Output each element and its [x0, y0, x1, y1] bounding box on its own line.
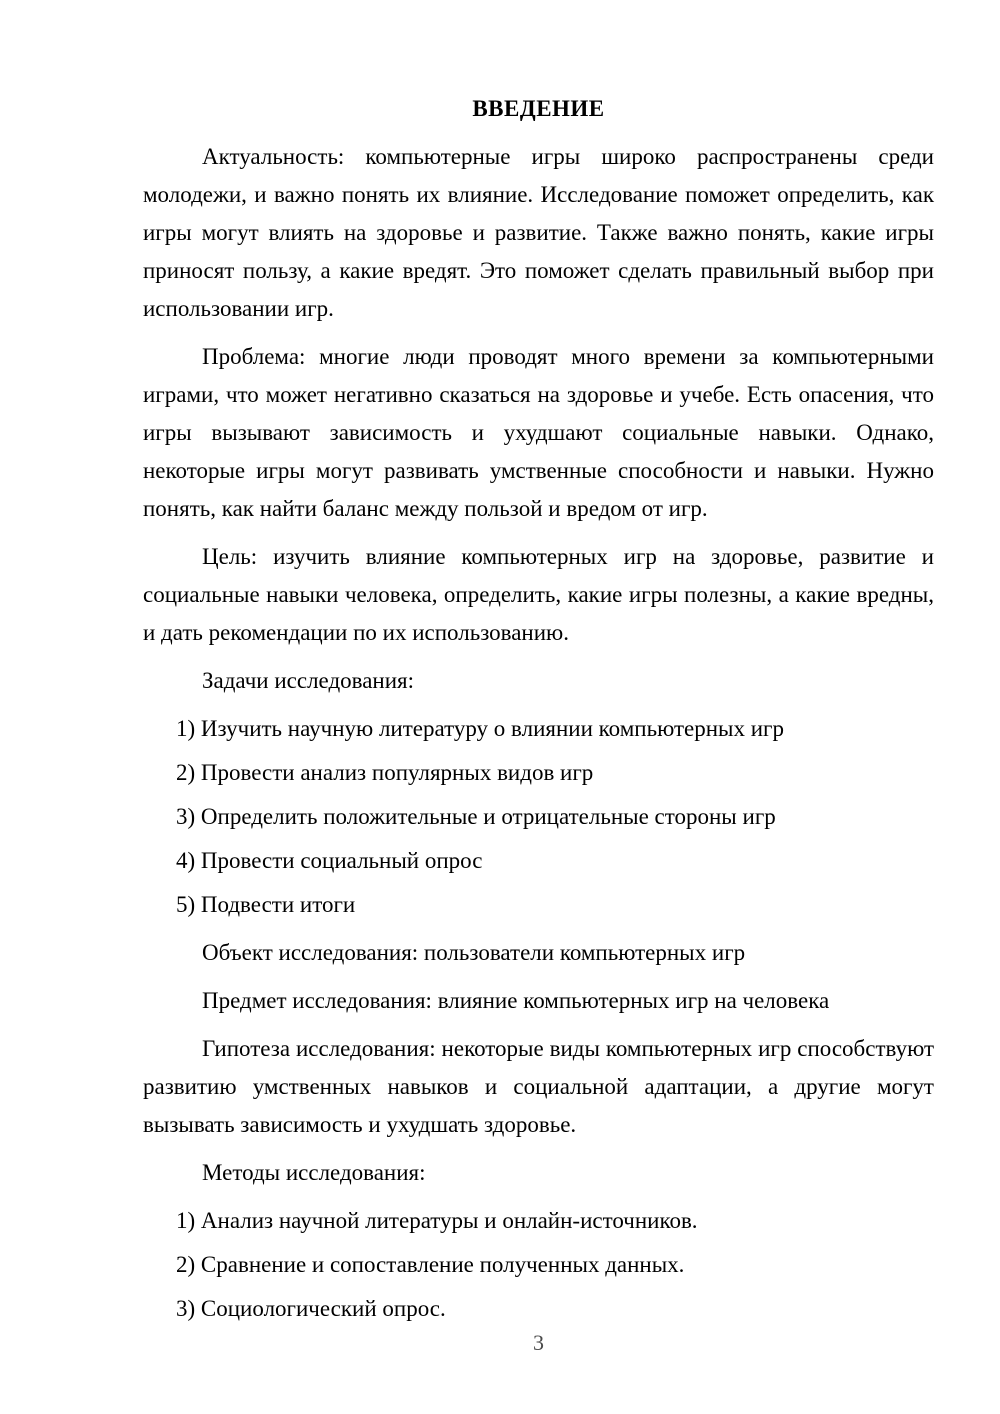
paragraph-actuality: Актуальность: компьютерные игры широко р…: [143, 138, 934, 328]
tasks-list: 1) Изучить научную литературу о влиянии …: [143, 710, 934, 924]
paragraph-goal: Цель: изучить влияние компьютерных игр н…: [143, 538, 934, 652]
document-page: ВВЕДЕНИЕ Актуальность: компьютерные игры…: [0, 0, 1000, 1414]
methods-heading: Методы исследования:: [143, 1154, 934, 1192]
tasks-heading: Задачи исследования:: [143, 662, 934, 700]
task-item-3: 3) Определить положительные и отрицатель…: [143, 798, 934, 836]
task-item-5: 5) Подвести итоги: [143, 886, 934, 924]
method-item-1: 1) Анализ научной литературы и онлайн-ис…: [143, 1202, 934, 1240]
task-item-1: 1) Изучить научную литературу о влиянии …: [143, 710, 934, 748]
methods-list: 1) Анализ научной литературы и онлайн-ис…: [143, 1202, 934, 1328]
page-number: 3: [143, 1328, 934, 1358]
paragraph-research-subject: Предмет исследования: влияние компьютерн…: [143, 982, 934, 1020]
method-item-2: 2) Сравнение и сопоставление полученных …: [143, 1246, 934, 1284]
paragraph-problem: Проблема: многие люди проводят много вре…: [143, 338, 934, 528]
task-item-2: 2) Провести анализ популярных видов игр: [143, 754, 934, 792]
method-item-3: 3) Социологический опрос.: [143, 1290, 934, 1328]
task-item-4: 4) Провести социальный опрос: [143, 842, 934, 880]
paragraph-hypothesis: Гипотеза исследования: некоторые виды ко…: [143, 1030, 934, 1144]
document-body: ВВЕДЕНИЕ Актуальность: компьютерные игры…: [0, 0, 1000, 1328]
section-title: ВВЕДЕНИЕ: [143, 90, 934, 128]
paragraph-research-object: Объект исследования: пользователи компью…: [143, 934, 934, 972]
